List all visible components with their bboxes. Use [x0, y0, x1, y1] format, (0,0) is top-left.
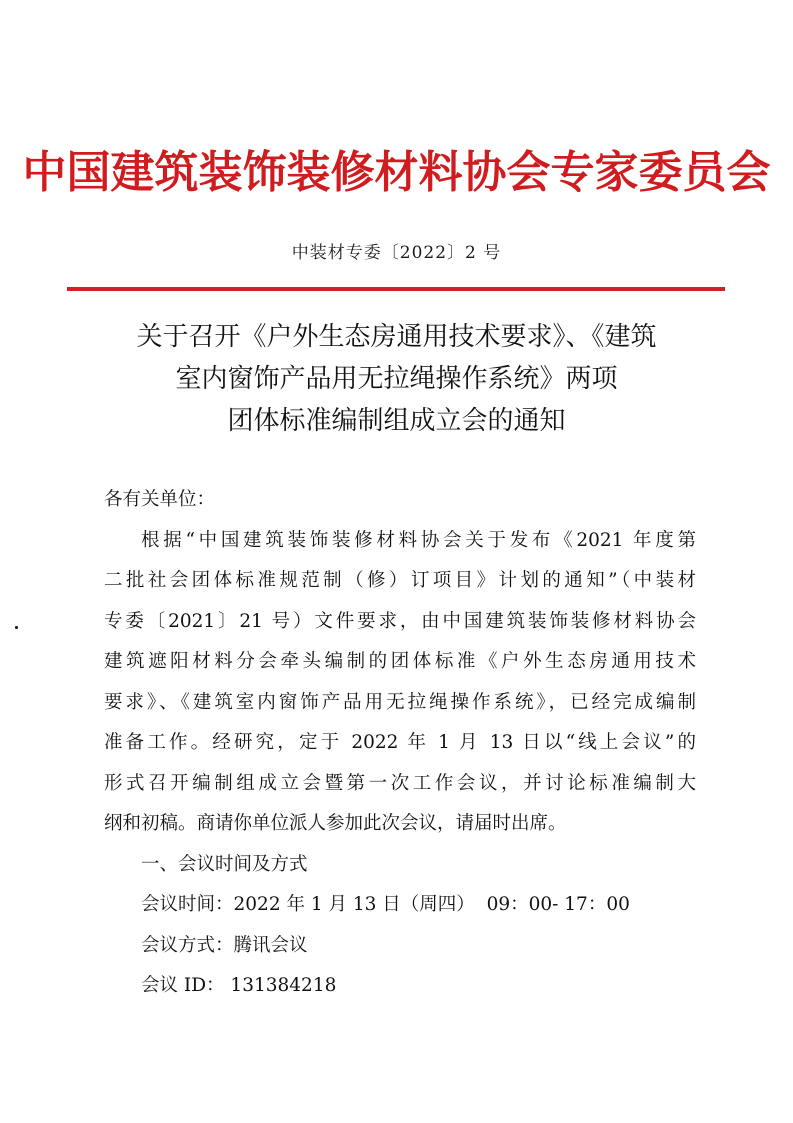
title-line: 室内窗饰产品用无拉绳操作系统》两项 — [0, 358, 793, 400]
title-line: 团体标准编制组成立会的通知 — [0, 400, 793, 442]
meeting-id-label: 会议 ID： — [141, 975, 225, 996]
meeting-id-row: 会议 ID： 131384218 — [104, 966, 696, 1007]
salutation: 各有关单位： — [104, 480, 696, 521]
notice-body: 各有关单位： 根据“中国建筑装饰装修材料协会关于发布《2021 年度第 二批社会… — [104, 480, 696, 1007]
paragraph-line: 要求》、《建筑室内窗饰产品用无拉绳操作系统》，已经完成编制 — [104, 683, 696, 724]
meeting-method-value: 腾讯会议 — [234, 935, 308, 956]
scan-artifact-dot — [15, 626, 18, 629]
main-paragraph: 根据“中国建筑装饰装修材料协会关于发布《2021 年度第 二批社会团体标准规范制… — [104, 521, 696, 845]
paragraph-line: 建筑遮阳材料分会牵头编制的团体标准《户外生态房通用技术 — [104, 642, 696, 683]
paragraph-line: 准备工作。经研究，定于 2022 年 1 月 13 日以“线上会议”的 — [104, 723, 696, 764]
header-divider — [67, 287, 725, 291]
paragraph-line: 二批社会团体标准规范制（修）订项目》计划的通知”（中装材 — [104, 561, 696, 602]
notice-title: 关于召开《户外生态房通用技术要求》、《建筑 室内窗饰产品用无拉绳操作系统》两项 … — [0, 316, 793, 442]
organization-header: 中国建筑装饰装修材料协会专家委员会 — [0, 143, 793, 203]
paragraph-line: 专委〔2021〕21 号）文件要求，由中国建筑装饰装修材料协会 — [104, 602, 696, 643]
paragraph-line: 根据“中国建筑装饰装修材料协会关于发布《2021 年度第 — [104, 521, 696, 562]
section-heading-meeting: 一、会议时间及方式 — [104, 845, 696, 886]
meeting-time-value: 2022 年 1 月 13 日（周四） 09：00- 17：00 — [234, 894, 630, 915]
meeting-id-value: 131384218 — [230, 975, 336, 996]
meeting-time-label: 会议时间： — [141, 894, 234, 915]
meeting-method-row: 会议方式：腾讯会议 — [104, 926, 696, 967]
document-number: 中装材专委〔2022〕2 号 — [0, 240, 793, 266]
paragraph-line: 纲和初稿。商请你单位派人参加此次会议，请届时出席。 — [104, 804, 696, 845]
meeting-method-label: 会议方式： — [141, 935, 234, 956]
paragraph-line: 形式召开编制组成立会暨第一次工作会议，并讨论标准编制大 — [104, 764, 696, 805]
title-line: 关于召开《户外生态房通用技术要求》、《建筑 — [0, 316, 793, 358]
meeting-time-row: 会议时间：2022 年 1 月 13 日（周四） 09：00- 17：00 — [104, 885, 696, 926]
